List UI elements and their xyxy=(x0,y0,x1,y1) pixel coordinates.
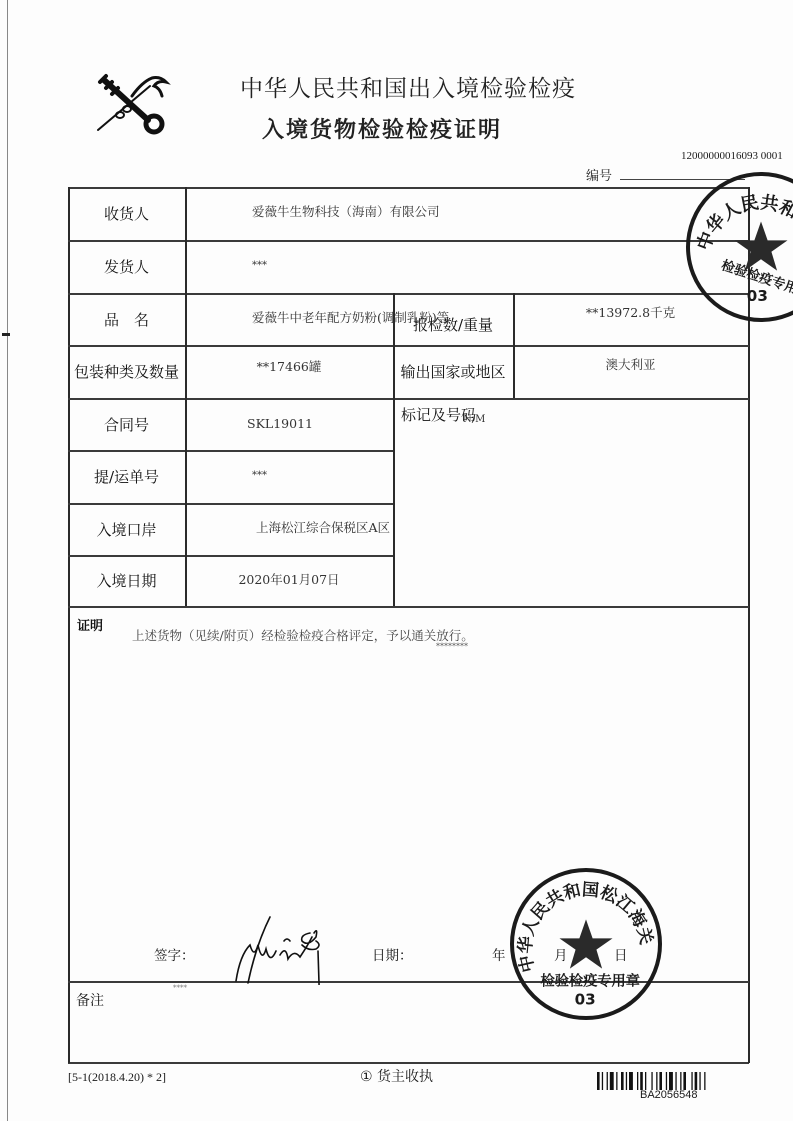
remarks-value: **** xyxy=(173,984,187,992)
scan-edge-line xyxy=(7,0,8,1121)
barcode-number: BA2056548 xyxy=(640,1089,698,1101)
document-title-authority: 中华人民共和国出入境检验检疫 xyxy=(240,70,576,103)
inspection-seal-bottom: 中华人民共和国松江海关 检验检疫专用章 03 xyxy=(510,868,662,1020)
certification-stars: ******** xyxy=(436,642,468,651)
sign-date-label: 日期： xyxy=(372,944,413,964)
entry-port-label: 入境口岸 xyxy=(68,503,185,555)
copy-label: ① 货主收执 xyxy=(360,1066,433,1086)
contract-value: SKL19011 xyxy=(185,398,375,448)
document-title: 入境货物检验检疫证明 xyxy=(262,113,502,144)
handwritten-signature xyxy=(228,915,338,985)
consignee-value: 爱薇牛生物科技（海南）有限公司 xyxy=(252,187,652,235)
scan-edge-mark xyxy=(2,333,10,336)
svg-text:03: 03 xyxy=(747,287,768,305)
entry-date-label: 入境日期 xyxy=(68,555,185,606)
remarks-label: 备注 xyxy=(76,990,104,1010)
package-label: 包装种类及数量 xyxy=(68,345,185,398)
year-label: 年 xyxy=(492,944,506,964)
product-label: 品 名 xyxy=(68,293,185,345)
consignee-label: 收货人 xyxy=(68,187,185,240)
quantity-weight-label: 报检数/重量 xyxy=(393,303,513,345)
svg-text:检验检疫专用章: 检验检疫专用章 xyxy=(541,972,640,990)
contract-label: 合同号 xyxy=(68,398,185,450)
bill-of-lading-value: *** xyxy=(252,450,372,500)
certification-label: 证明 xyxy=(77,615,103,634)
barcode xyxy=(597,1072,743,1090)
consignor-value: *** xyxy=(252,240,452,290)
svg-text:03: 03 xyxy=(575,991,596,1009)
certification-text: 上述货物（见续/附页）经检验检疫合格评定，予以通关放行。 xyxy=(132,626,474,644)
origin-value: 澳大利亚 xyxy=(513,345,748,383)
entry-date-value: 2020年01月07日 xyxy=(185,555,393,603)
package-value: **17466罐 xyxy=(185,345,393,387)
consignor-label: 发货人 xyxy=(68,240,185,293)
form-code: [5-1(2018.4.20) * 2] xyxy=(68,1070,166,1085)
entry-port-value: 上海松江综合保税区A区 xyxy=(256,503,406,551)
signature-label: 签字： xyxy=(154,944,195,964)
bill-of-lading-label: 提/运单号 xyxy=(68,450,185,503)
serial-number: 12000000016093 0001 xyxy=(681,150,783,162)
origin-label: 输出国家或地区 xyxy=(393,345,513,398)
customs-emblem-icon xyxy=(92,66,172,136)
serial-label: 编号 xyxy=(586,165,612,184)
marks-value: N/M xyxy=(463,414,485,425)
inspection-seal-top: 中华人民共和 检验检疫专用章 03 xyxy=(686,172,793,322)
